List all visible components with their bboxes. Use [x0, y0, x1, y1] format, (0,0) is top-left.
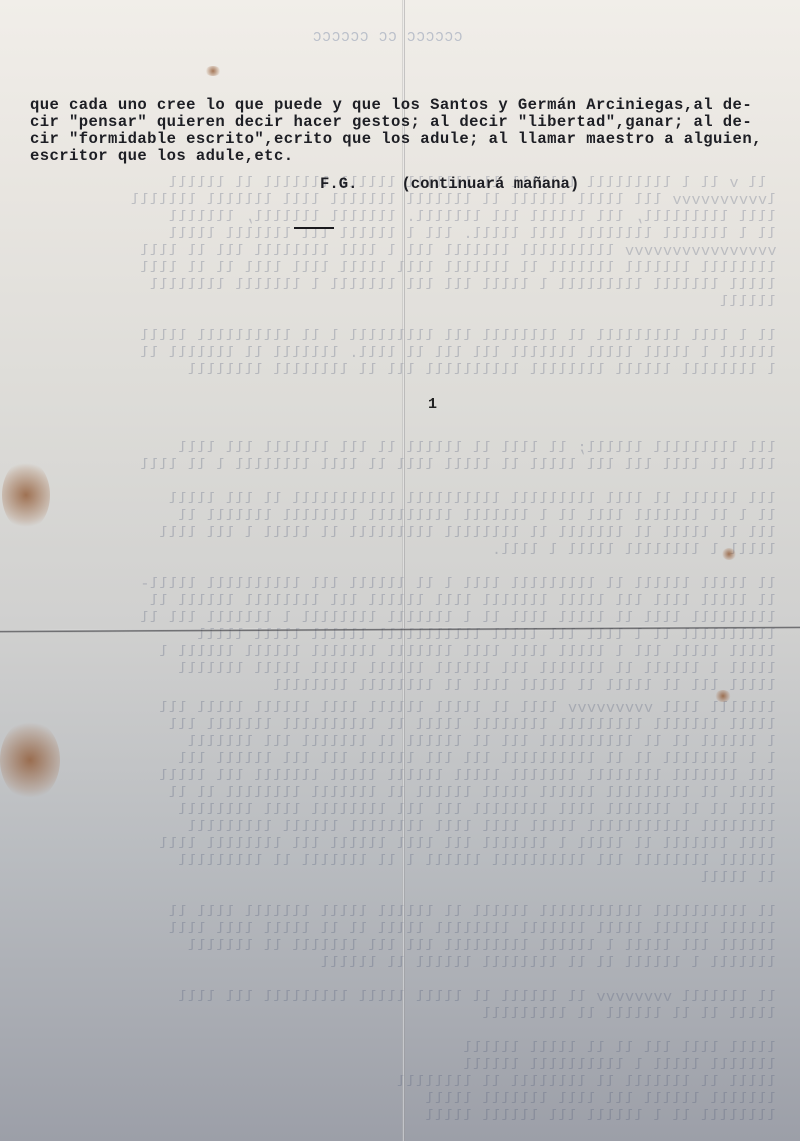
- author-initials: F.G.: [320, 175, 357, 193]
- signature-line: F.G.(continuará mañana): [320, 175, 579, 193]
- rust-stain: [0, 720, 60, 800]
- rust-stain: [2, 460, 50, 530]
- vertical-fold-line: [402, 0, 405, 1141]
- rust-stain: [722, 548, 736, 560]
- bleed-through-text-middle: lll lllllllll llllll; ll llll ll llllll …: [14, 440, 786, 695]
- body-line: escritor que los adule,etc.: [30, 148, 800, 165]
- separator-dash: [294, 227, 334, 229]
- section-number: 1: [428, 396, 437, 413]
- body-line: cir "pensar" quieren decir hacer gestos;…: [30, 114, 800, 131]
- body-line: que cada uno cree lo que puede y que los…: [30, 97, 800, 114]
- rust-stain: [205, 66, 221, 76]
- rust-stain: [715, 690, 731, 702]
- bleed-through-text-lower: lllllll llll vvvvvvvvv llll ll lllll lll…: [14, 700, 786, 1125]
- continuation-note: (continuará mañana): [401, 175, 579, 193]
- bleed-through-text-upper: ll v ll l lllllllll lllllll ll lllllll l…: [14, 175, 786, 379]
- bleed-through-header: CCCCCC CC CCCCCC: [312, 30, 462, 46]
- document-page: CCCCCC CC CCCCCC ll v ll l lllllllll lll…: [0, 0, 800, 1141]
- body-line: cir "formidable escrito",ecrito que los …: [30, 131, 800, 148]
- letter-body: que cada uno cree lo que puede y que los…: [30, 97, 800, 165]
